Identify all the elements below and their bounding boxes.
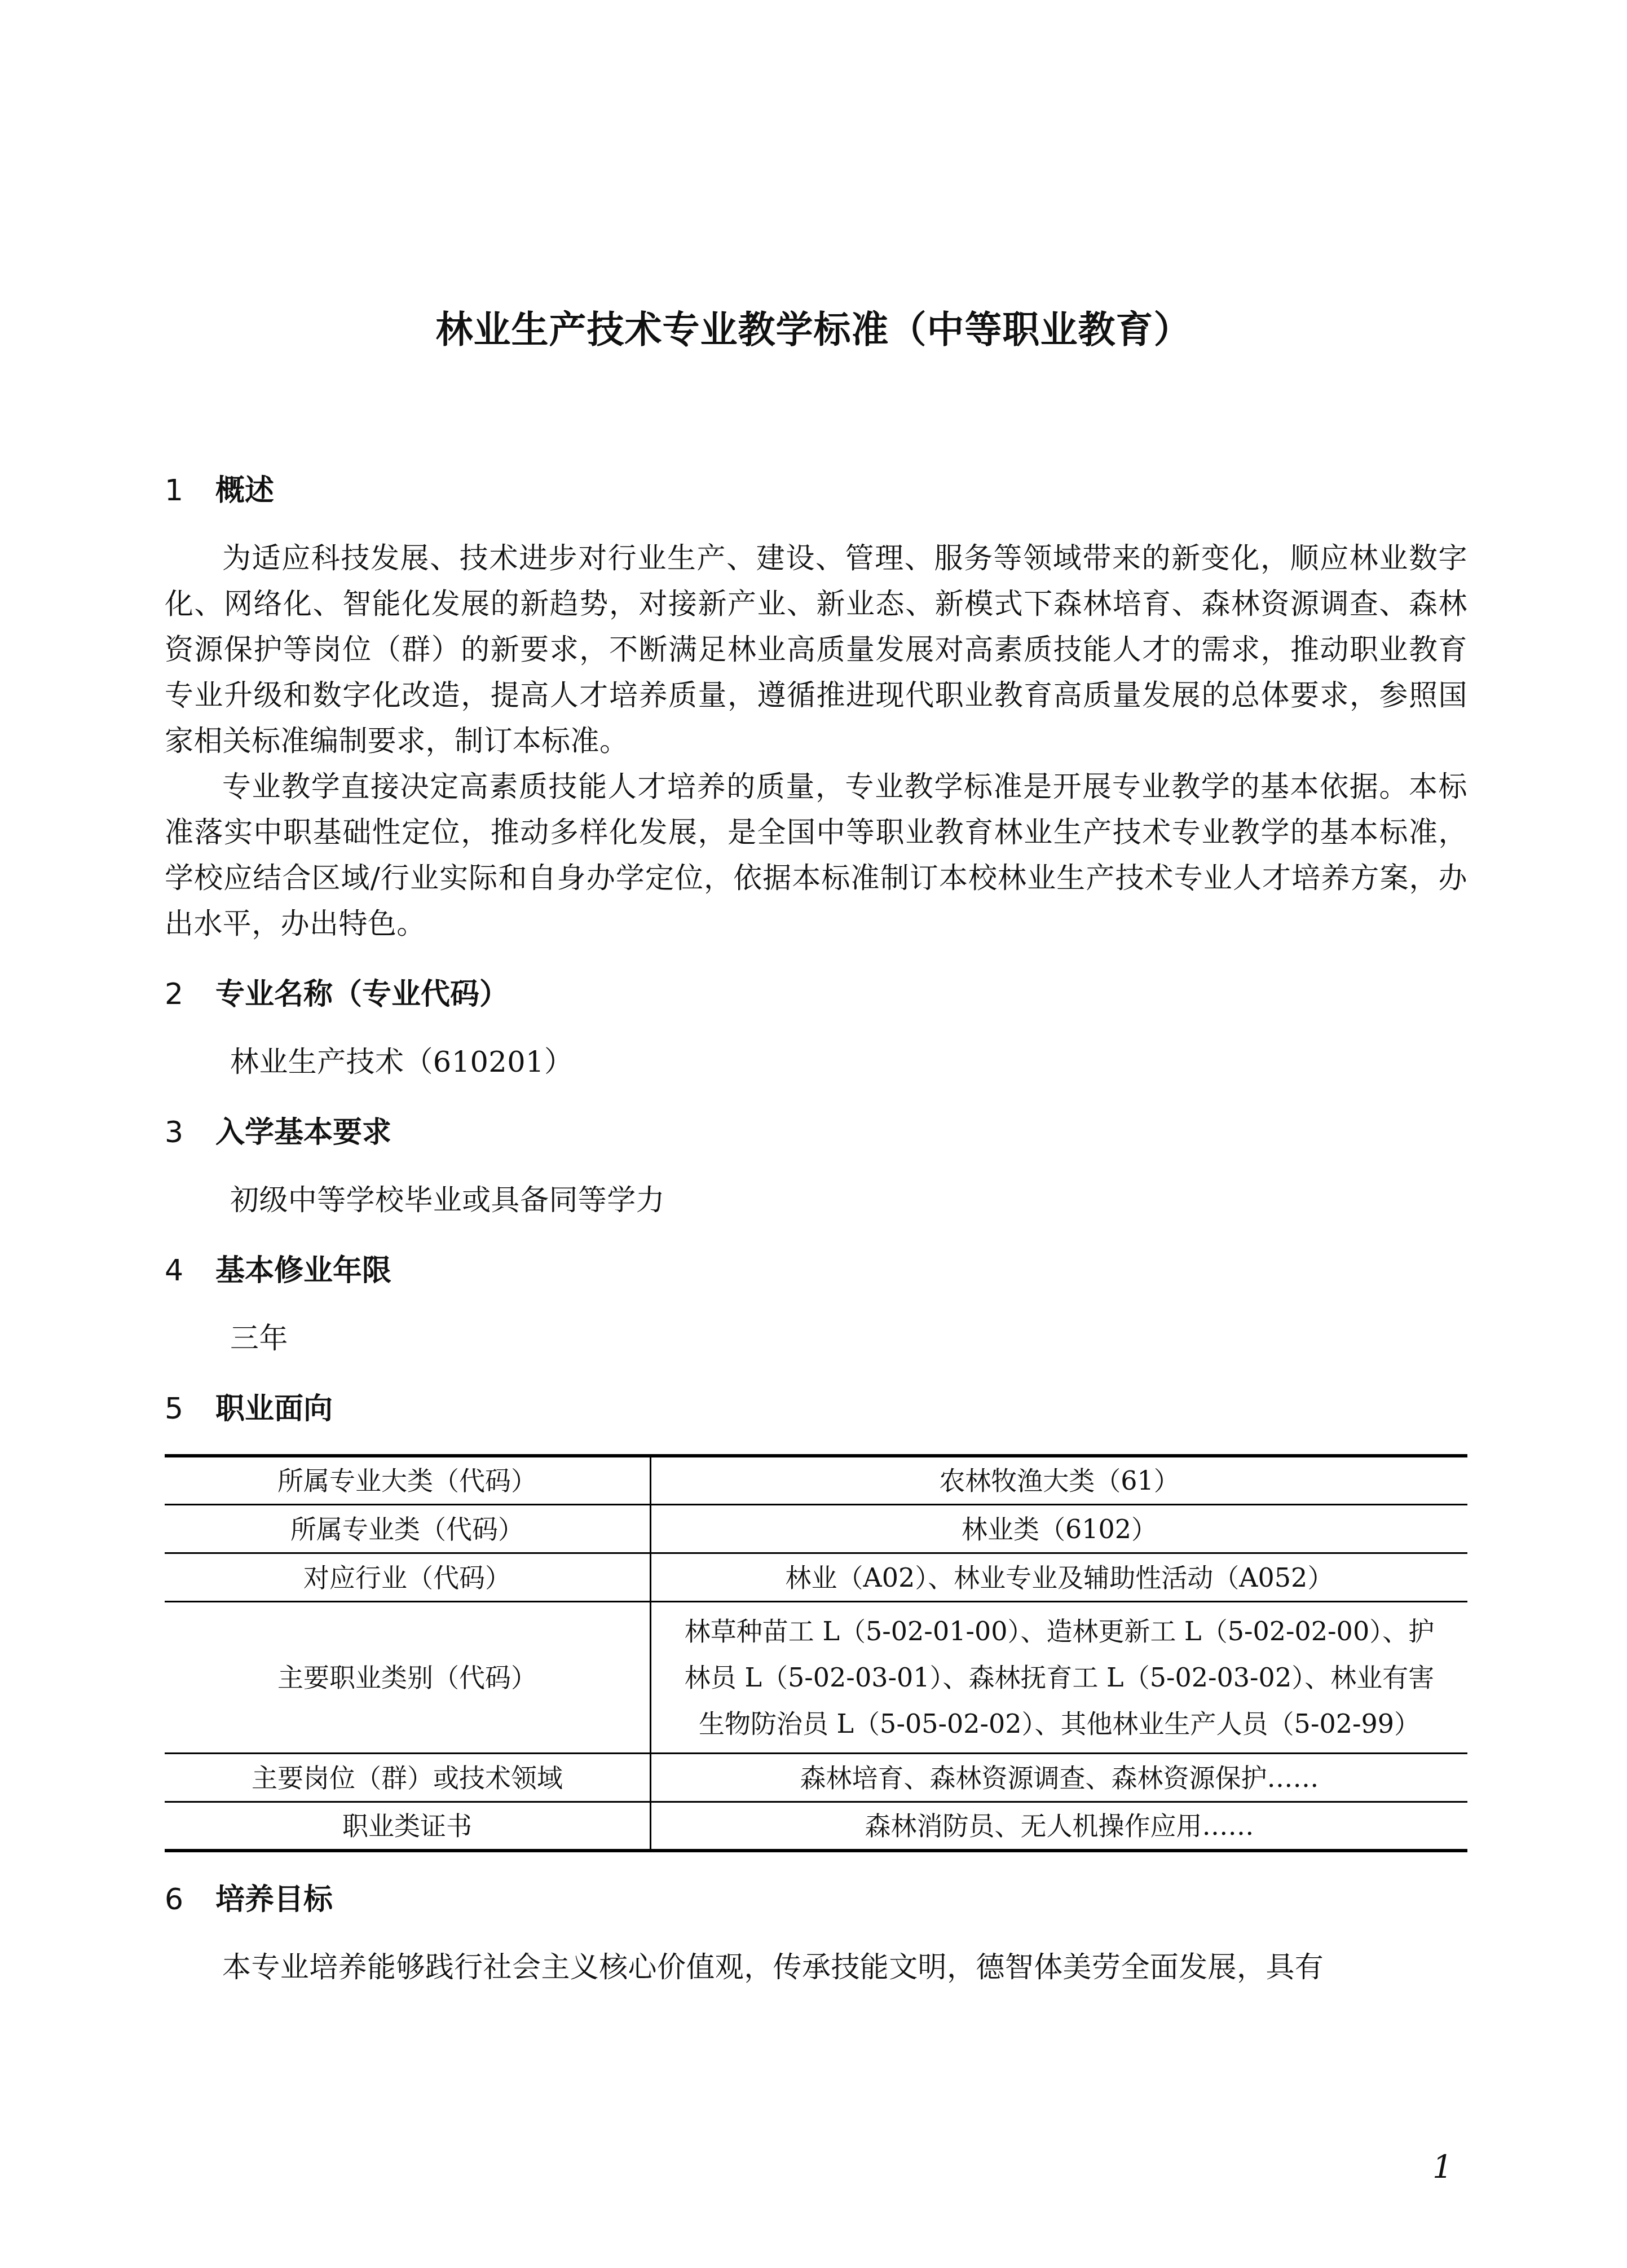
table-value: 林草种苗工 L（5-02-01-00）、造林更新工 L（5-02-02-00）、… bbox=[651, 1602, 1468, 1754]
table-key: 所属专业大类（代码） bbox=[165, 1456, 651, 1505]
section-overview: 1 概述 为适应科技发展、技术进步对行业生产、建设、管理、服务等领域带来的新变化… bbox=[165, 468, 1467, 947]
table-row: 职业类证书 森林消防员、无人机操作应用…… bbox=[165, 1802, 1467, 1851]
section-number: 4 bbox=[165, 1248, 215, 1293]
table-row: 主要职业类别（代码） 林草种苗工 L（5-02-01-00）、造林更新工 L（5… bbox=[165, 1602, 1467, 1754]
section-number: 6 bbox=[165, 1877, 215, 1922]
major-name-code: 林业生产技术（610201） bbox=[165, 1040, 1467, 1085]
table-row: 所属专业大类（代码） 农林牧渔大类（61） bbox=[165, 1456, 1467, 1505]
paragraph: 为适应科技发展、技术进步对行业生产、建设、管理、服务等领域带来的新变化，顺应林业… bbox=[165, 536, 1467, 764]
study-duration: 三年 bbox=[165, 1316, 1467, 1362]
table-value: 林业（A02）、林业专业及辅助性活动（A052） bbox=[651, 1553, 1468, 1602]
section-heading: 1 概述 bbox=[165, 468, 1467, 513]
table-value: 农林牧渔大类（61） bbox=[651, 1456, 1468, 1505]
document-title: 林业生产技术专业教学标准（中等职业教育） bbox=[0, 305, 1627, 355]
section-number: 1 bbox=[165, 468, 215, 513]
career-table: 所属专业大类（代码） 农林牧渔大类（61） 所属专业类（代码） 林业类（6102… bbox=[165, 1454, 1467, 1852]
table-value: 森林培育、森林资源调查、森林资源保护…… bbox=[651, 1754, 1468, 1802]
section-title: 概述 bbox=[215, 468, 274, 513]
section-admission: 3 入学基本要求 初级中等学校毕业或具备同等学力 bbox=[165, 1110, 1467, 1223]
table-row: 主要岗位（群）或技术领域 森林培育、森林资源调查、森林资源保护…… bbox=[165, 1754, 1467, 1802]
table-key: 所属专业类（代码） bbox=[165, 1505, 651, 1553]
table-value: 林业类（6102） bbox=[651, 1505, 1468, 1553]
section-heading: 2 专业名称（专业代码） bbox=[165, 972, 1467, 1017]
section-number: 2 bbox=[165, 972, 215, 1017]
section-number: 5 bbox=[165, 1386, 215, 1432]
paragraph: 专业教学直接决定高素质技能人才培养的质量，专业教学标准是开展专业教学的基本依据。… bbox=[165, 764, 1467, 947]
section-title: 基本修业年限 bbox=[215, 1248, 391, 1293]
section-title: 职业面向 bbox=[215, 1386, 333, 1432]
section-heading: 3 入学基本要求 bbox=[165, 1110, 1467, 1155]
section-heading: 5 职业面向 bbox=[165, 1386, 1467, 1432]
table-key: 对应行业（代码） bbox=[165, 1553, 651, 1602]
table-key: 主要职业类别（代码） bbox=[165, 1602, 651, 1754]
paragraph: 本专业培养能够践行社会主义核心价值观，传承技能文明，德智体美劳全面发展，具有 bbox=[165, 1945, 1467, 1990]
section-career-orientation: 5 职业面向 所属专业大类（代码） 农林牧渔大类（61） 所属专业类（代码） 林… bbox=[165, 1386, 1467, 1852]
section-heading: 4 基本修业年限 bbox=[165, 1248, 1467, 1293]
admission-requirement: 初级中等学校毕业或具备同等学力 bbox=[165, 1178, 1467, 1223]
table-key: 职业类证书 bbox=[165, 1802, 651, 1851]
section-major-name: 2 专业名称（专业代码） 林业生产技术（610201） bbox=[165, 972, 1467, 1085]
table-value: 森林消防员、无人机操作应用…… bbox=[651, 1802, 1468, 1851]
section-duration: 4 基本修业年限 三年 bbox=[165, 1248, 1467, 1362]
section-title: 专业名称（专业代码） bbox=[215, 972, 509, 1017]
section-training-goal: 6 培养目标 本专业培养能够践行社会主义核心价值观，传承技能文明，德智体美劳全面… bbox=[165, 1877, 1467, 1990]
section-number: 3 bbox=[165, 1110, 215, 1155]
page-number: 1 bbox=[1432, 2149, 1453, 2186]
table-row: 所属专业类（代码） 林业类（6102） bbox=[165, 1505, 1467, 1553]
table-key: 主要岗位（群）或技术领域 bbox=[165, 1754, 651, 1802]
section-heading: 6 培养目标 bbox=[165, 1877, 1467, 1922]
section-title: 培养目标 bbox=[215, 1877, 333, 1922]
table-row: 对应行业（代码） 林业（A02）、林业专业及辅助性活动（A052） bbox=[165, 1553, 1467, 1602]
section-title: 入学基本要求 bbox=[215, 1110, 391, 1155]
document-page: 林业生产技术专业教学标准（中等职业教育） 1 概述 为适应科技发展、技术进步对行… bbox=[0, 0, 1627, 2268]
document-body: 1 概述 为适应科技发展、技术进步对行业生产、建设、管理、服务等领域带来的新变化… bbox=[165, 468, 1467, 2015]
